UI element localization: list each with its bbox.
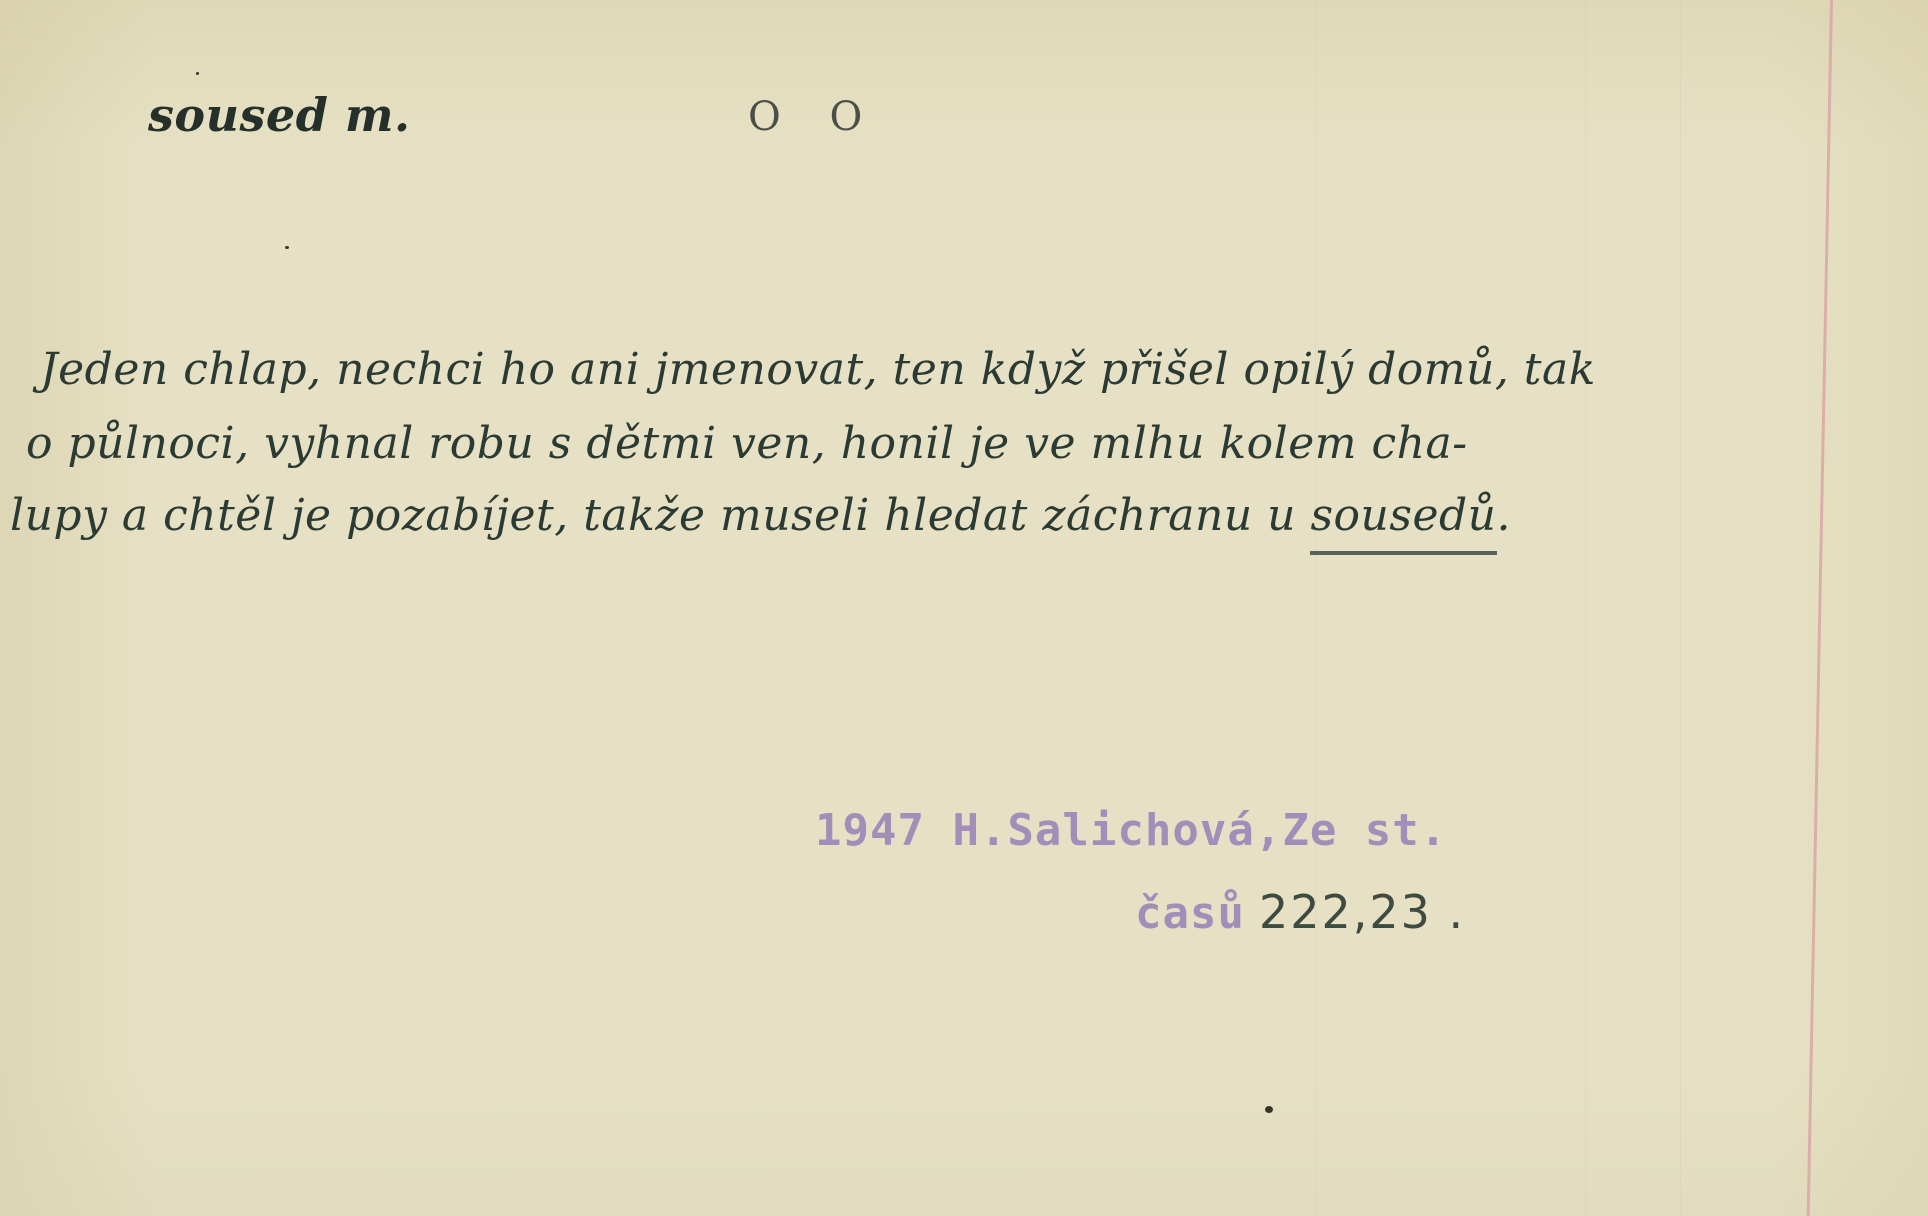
faint-rule <box>1680 0 1681 1216</box>
body-line-3: lupy a chtěl je pozabíjet, takže museli … <box>10 490 1511 541</box>
source-stamp-line-2: časů222,23 . <box>1135 885 1465 939</box>
margin-line <box>1807 0 1833 1216</box>
body-line-1: Jeden chlap, nechci ho ani jmenovat, ten… <box>40 344 1596 395</box>
body-line-2: o půlnoci, vyhnal robu s dětmi ven, honi… <box>26 418 1468 469</box>
header-marks: O O <box>748 94 880 140</box>
ink-speck <box>196 72 199 75</box>
underlined-word: sousedů <box>1310 490 1496 555</box>
faint-rule <box>1585 0 1586 1216</box>
index-card: soused m. O O Jeden chlap, nechci ho ani… <box>0 0 1928 1216</box>
headword: soused m. <box>148 88 411 142</box>
faint-rule <box>1315 0 1316 1216</box>
source-stamp-text: časů <box>1135 888 1245 939</box>
source-stamp-line-1: 1947 H.Salichová,Ze st. <box>815 805 1447 856</box>
ink-speck <box>1265 1106 1273 1113</box>
body-line-3-text: lupy a chtěl je pozabíjet, takže museli … <box>10 490 1310 541</box>
ink-speck <box>285 246 289 249</box>
underlined-suffix: . <box>1497 490 1512 541</box>
page-reference: 222,23 . <box>1259 885 1465 939</box>
